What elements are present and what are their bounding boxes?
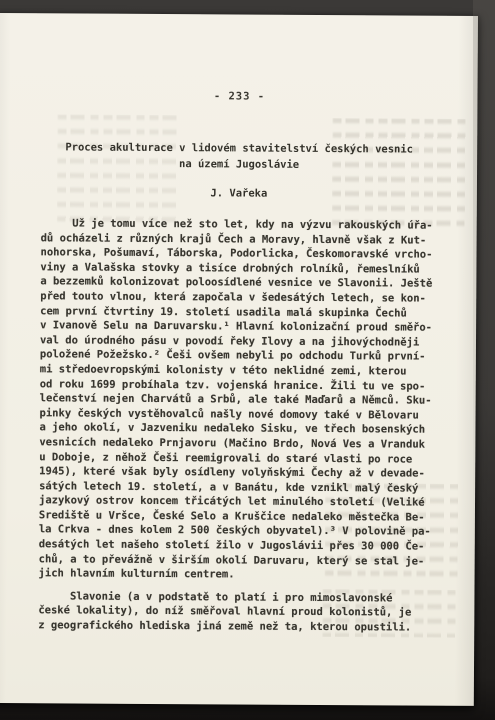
page: - 233 - Proces akulturace v lidovém stav…: [0, 13, 478, 706]
paragraph: Slavonie (a v podstatě to platí i pro mi…: [38, 589, 434, 635]
page-number: - 233 -: [41, 88, 437, 104]
text-line: jich hlavním kulturním centrem.: [39, 567, 435, 584]
page-content: - 233 - Proces akulturace v lidovém stav…: [0, 13, 478, 636]
scanned-photo-background: - 233 - Proces akulturace v lidovém stav…: [0, 0, 495, 720]
article-title: Proces akulturace v lidovém stavitelství…: [41, 139, 437, 173]
author-name: J. Vařeka: [41, 185, 437, 202]
text-line: z geografického hlediska jiná země než t…: [38, 618, 434, 635]
title-line-2: na území Jugoslávie: [41, 155, 437, 173]
article-body: Už je tomu více než sto let, kdy na výzv…: [38, 216, 437, 635]
paragraph: Už je tomu více než sto let, kdy na výzv…: [39, 216, 437, 583]
title-line-1: Proces akulturace v lidovém stavitelství…: [41, 139, 437, 157]
